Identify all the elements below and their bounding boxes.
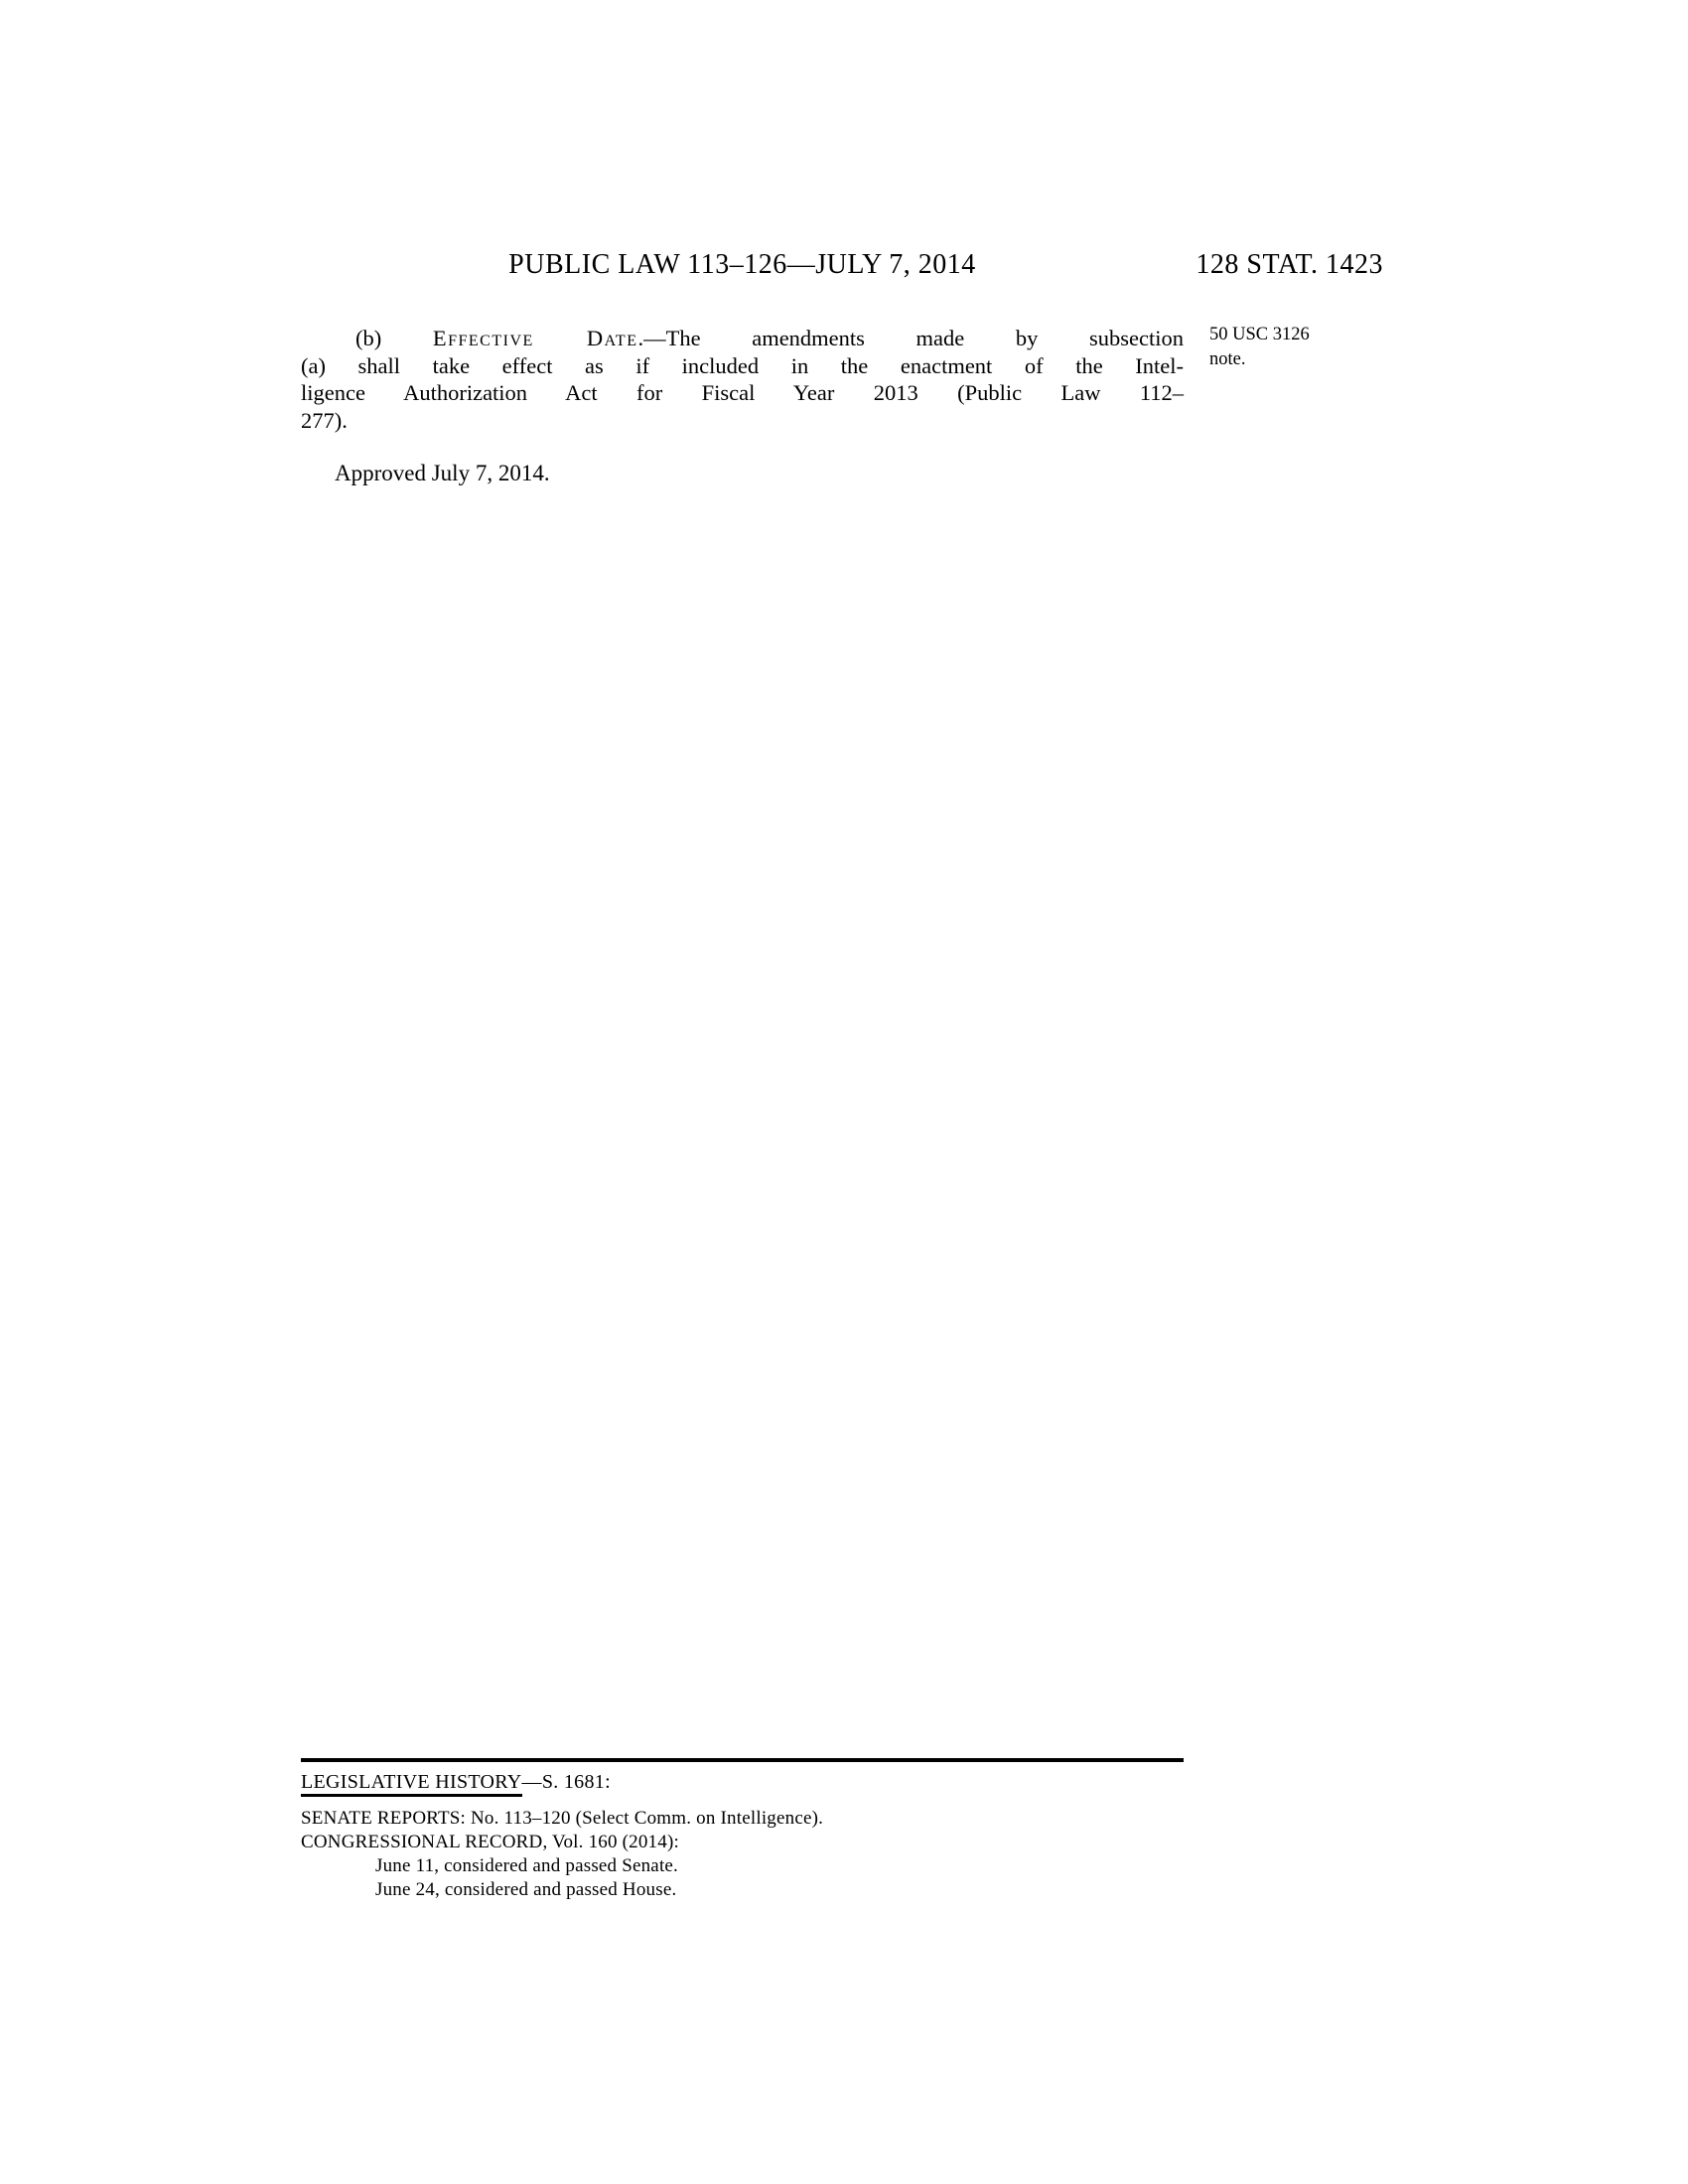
senate-reports-line: SENATE REPORTS: No. 113–120 (Select Comm… (301, 1807, 1184, 1831)
subsection-label: (b) (355, 326, 433, 350)
usc-margin-note-line-1: 50 USC 3126 (1209, 323, 1398, 347)
subsection-b-paragraph: (b) Effective Date.—The amendments made … (301, 325, 1184, 434)
statute-page: PUBLIC LAW 113–126—JULY 7, 2014 128 STAT… (0, 0, 1688, 2184)
paragraph-line-3: ligence Authorization Act for Fiscal Yea… (301, 379, 1184, 407)
paragraph-line-4: 277). (301, 407, 1184, 435)
approval-date-line: Approved July 7, 2014. (335, 460, 550, 487)
congressional-record-entry-june-24: June 24, considered and passed House. (301, 1878, 1184, 1902)
running-head-law-title: PUBLIC LAW 113–126—JULY 7, 2014 (301, 250, 1184, 280)
congressional-record-line: CONGRESSIONAL RECORD, Vol. 160 (2014): (301, 1831, 1184, 1854)
legislative-history-rule (301, 1758, 1184, 1762)
running-head-stat-citation: 128 STAT. 1423 (1196, 250, 1383, 280)
paragraph-line-1-text: .—The amendments made by subsection (637, 326, 1184, 350)
legislative-history-title: LEGISLATIVE HISTORY—S. 1681: (301, 1770, 1184, 1794)
paragraph-line-1: (b) Effective Date.—The amendments made … (301, 325, 1184, 352)
usc-margin-note: 50 USC 3126 note. (1209, 323, 1398, 371)
legislative-history-bill-number: —S. 1681: (522, 1771, 611, 1793)
legislative-history-title-underlined: LEGISLATIVE HISTORY (301, 1771, 522, 1797)
legislative-history-section: LEGISLATIVE HISTORY—S. 1681: SENATE REPO… (301, 1758, 1184, 1902)
usc-margin-note-line-2: note. (1209, 347, 1398, 372)
paragraph-line-2: (a) shall take effect as if included in … (301, 352, 1184, 380)
effective-date-heading: Effective Date (433, 326, 638, 350)
congressional-record-entry-june-11: June 11, considered and passed Senate. (301, 1854, 1184, 1878)
